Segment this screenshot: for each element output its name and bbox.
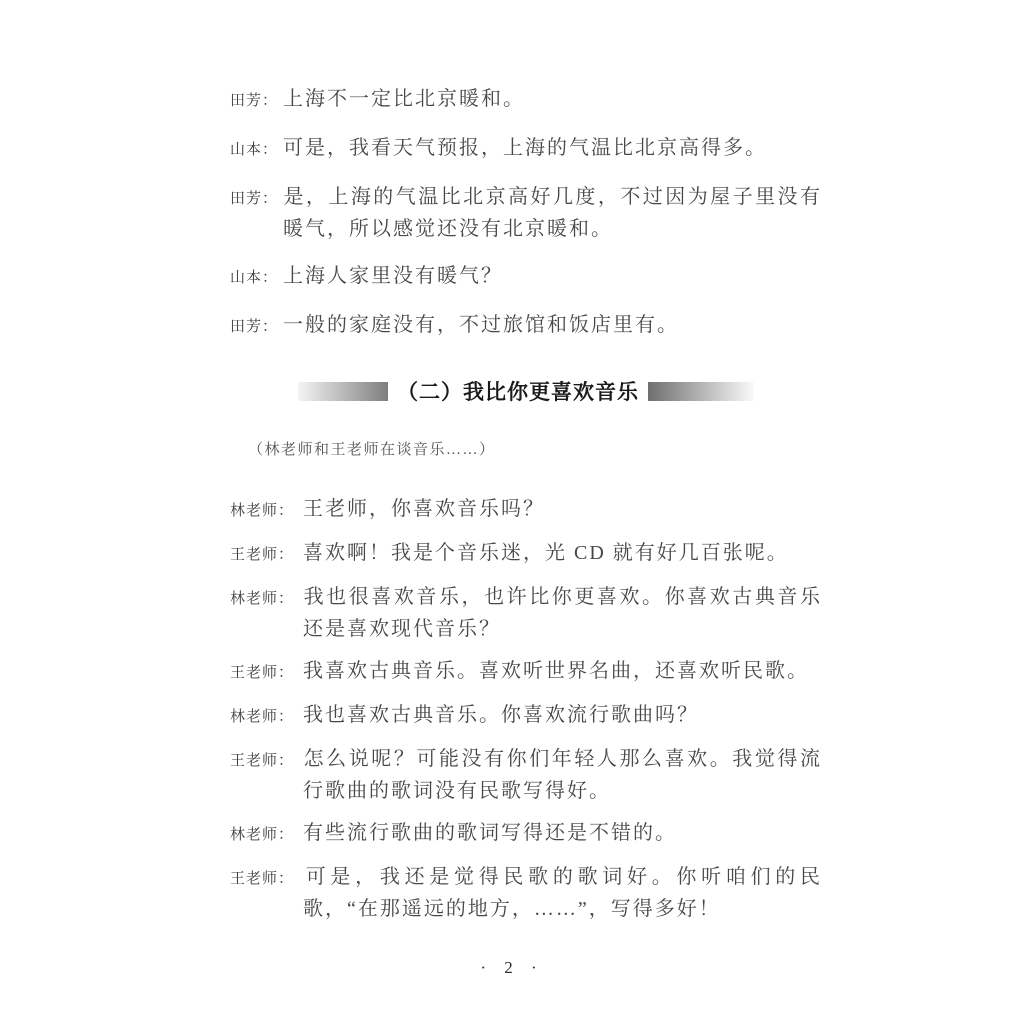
speaker-label: 山本： [230,135,283,165]
page-number: · 2 · [0,958,1024,978]
speech-text: 一般的家庭没有，不过旅馆和饭店里有。 [283,314,679,336]
dialogue-line: 王老师：我喜欢古典音乐。喜欢听世界名曲，还喜欢听民歌。 [230,656,822,688]
header-gradient-bar-left [298,382,388,401]
speech-text: 王老师，你喜欢音乐吗？ [303,498,545,520]
textbook-page: 田芳：上海不一定比北京暖和。 山本：可是，我看天气预报，上海的气温比北京高得多。… [0,0,1024,1024]
speaker-label: 林老师： [230,702,303,732]
dialogue-line: 田芳：上海不一定比北京暖和。 [230,84,822,116]
speech-text: 是，上海的气温比北京高好几度，不过因为屋子里没有暖气，所以感觉还没有北京暖和。 [283,186,822,240]
speaker-label: 王老师： [230,540,303,570]
speech-text: 我也喜欢古典音乐。你喜欢流行歌曲吗？ [303,704,699,726]
dialogue-music: 林老师：王老师，你喜欢音乐吗？ 王老师：喜欢啊！我是个音乐迷，光 CD 就有好几… [230,494,822,936]
speech-text: 可是，我看天气预报，上海的气温比北京高得多。 [283,137,767,159]
dialogue-weather: 田芳：上海不一定比北京暖和。 山本：可是，我看天气预报，上海的气温比北京高得多。… [230,84,822,359]
section-title: （二）我比你更喜欢音乐 [397,376,639,406]
dialogue-line: 山本：上海人家里没有暖气？ [230,261,822,293]
speaker-label: 田芳： [230,184,283,214]
stage-direction: （林老师和王老师在谈音乐……） [248,438,496,459]
section-header: （二）我比你更喜欢音乐 [230,376,822,406]
dialogue-line: 王老师：可是，我还是觉得民歌的歌词好。你听咱们的民歌，“在那遥远的地方，……”，… [230,862,822,924]
dialogue-line: 林老师：王老师，你喜欢音乐吗？ [230,494,822,526]
speech-text: 上海不一定比北京暖和。 [283,88,525,110]
speech-text: 我喜欢古典音乐。喜欢听世界名曲，还喜欢听民歌。 [303,660,809,682]
speech-text: 上海人家里没有暖气？ [283,265,503,287]
speaker-label: 山本： [230,263,283,293]
speech-text: 我也很喜欢音乐，也许比你更喜欢。你喜欢古典音乐还是喜欢现代音乐？ [303,586,822,640]
dialogue-line: 林老师：我也很喜欢音乐，也许比你更喜欢。你喜欢古典音乐还是喜欢现代音乐？ [230,582,822,644]
dialogue-line: 山本：可是，我看天气预报，上海的气温比北京高得多。 [230,133,822,165]
speech-text: 喜欢啊！我是个音乐迷，光 CD 就有好几百张呢。 [303,542,789,564]
speech-text: 怎么说呢？可能没有你们年轻人那么喜欢。我觉得流行歌曲的歌词没有民歌写得好。 [303,748,822,802]
speaker-label: 田芳： [230,312,283,342]
speech-text: 有些流行歌曲的歌词写得还是不错的。 [303,822,677,844]
header-gradient-bar-right [648,382,754,401]
dialogue-line: 田芳：一般的家庭没有，不过旅馆和饭店里有。 [230,310,822,342]
dialogue-line: 林老师：我也喜欢古典音乐。你喜欢流行歌曲吗？ [230,700,822,732]
speaker-label: 林老师： [230,820,303,850]
speaker-label: 林老师： [230,584,303,614]
speaker-label: 王老师： [230,864,303,894]
dialogue-line: 王老师：怎么说呢？可能没有你们年轻人那么喜欢。我觉得流行歌曲的歌词没有民歌写得好… [230,744,822,806]
speaker-label: 林老师： [230,496,303,526]
speaker-label: 王老师： [230,746,303,776]
speaker-label: 王老师： [230,658,303,688]
dialogue-line: 王老师：喜欢啊！我是个音乐迷，光 CD 就有好几百张呢。 [230,538,822,570]
speech-text: 可是，我还是觉得民歌的歌词好。你听咱们的民歌，“在那遥远的地方，……”，写得多好… [303,866,822,920]
dialogue-line: 田芳：是，上海的气温比北京高好几度，不过因为屋子里没有暖气，所以感觉还没有北京暖… [230,182,822,244]
speaker-label: 田芳： [230,86,283,116]
dialogue-line: 林老师：有些流行歌曲的歌词写得还是不错的。 [230,818,822,850]
